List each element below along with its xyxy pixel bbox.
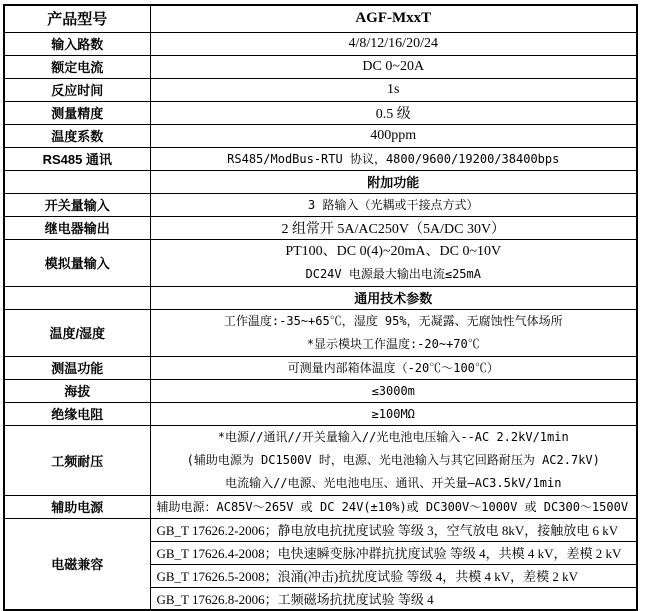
- row-label-empty: [4, 286, 150, 309]
- temp-humidity-line1: 工作温度:-35~+65℃，湿度 95%，无凝露、无腐蚀性气体场所: [153, 310, 635, 333]
- row-label-accuracy: 测量精度: [4, 101, 150, 124]
- table-row: 测量精度 0.5 级: [4, 101, 637, 124]
- row-label-altitude: 海拔: [4, 379, 150, 402]
- relay-output-value: 2 组常开 5A/AC250V（5A/DC 30V）: [150, 216, 637, 239]
- temp-coefficient-value: 400ppm: [150, 124, 637, 147]
- power-frequency-withstand-value: *电源//通讯//开关量输入//光电池电压输入--AC 2.2kV/1min (…: [150, 425, 637, 495]
- table-row: 电磁兼容 GB_T 17626.2-2006；静电放电抗扰度试验 等级 3，空气…: [4, 518, 637, 541]
- input-channels-value: 4/8/12/16/20/24: [150, 32, 637, 55]
- withstand-line1: *电源//通讯//开关量输入//光电池电压输入--AC 2.2kV/1min: [153, 426, 635, 449]
- table-row: 额定电流 DC 0~20A: [4, 55, 637, 78]
- table-row: 温度/湿度 工作温度:-35~+65℃，湿度 95%，无凝露、无腐蚀性气体场所 …: [4, 309, 637, 356]
- emc-item-2: GB_T 17626.4-2008；电快速瞬变脉冲群抗扰度试验 等级 4，共模 …: [150, 541, 637, 564]
- auxiliary-power-value: 辅助电源：AC85V～265V 或 DC 24V(±10%)或 DC300V～1…: [150, 495, 637, 518]
- analog-input-line1: PT100、DC 0(4)~20mA、DC 0~10V: [153, 240, 635, 263]
- row-label-temp-coefficient: 温度系数: [4, 124, 150, 147]
- withstand-line2: (辅助电源为 DC1500V 时，电源、光电池输入与其它回路耐压为 AC2.7k…: [153, 449, 635, 472]
- table-row: 测温功能 可测量内部箱体温度（-20℃～100℃）: [4, 356, 637, 379]
- analog-input-value: PT100、DC 0(4)~20mA、DC 0~10V DC24V 电源最大输出…: [150, 239, 637, 286]
- table-row: 继电器输出 2 组常开 5A/AC250V（5A/DC 30V）: [4, 216, 637, 239]
- row-label-switch-input: 开关量输入: [4, 193, 150, 216]
- temp-measure-value: 可测量内部箱体温度（-20℃～100℃）: [150, 356, 637, 379]
- table-row: RS485 通讯 RS485/ModBus-RTU 协议，4800/9600/1…: [4, 147, 637, 170]
- table-row: 产品型号 AGF-MxxT: [4, 5, 637, 32]
- table-row: 辅助电源 辅助电源：AC85V～265V 或 DC 24V(±10%)或 DC3…: [4, 495, 637, 518]
- row-label-product-model: 产品型号: [4, 5, 150, 32]
- row-label-input-channels: 输入路数: [4, 32, 150, 55]
- row-label-emc: 电磁兼容: [4, 518, 150, 610]
- table-row: 模拟量输入 PT100、DC 0(4)~20mA、DC 0~10V DC24V …: [4, 239, 637, 286]
- row-label-rs485: RS485 通讯: [4, 147, 150, 170]
- emc-item-3: GB_T 17626.5-2008；浪涌(冲击)抗扰度试验 等级 4，共模 4 …: [150, 564, 637, 587]
- rs485-value: RS485/ModBus-RTU 协议，4800/9600/19200/3840…: [150, 147, 637, 170]
- row-label-auxiliary-power: 辅助电源: [4, 495, 150, 518]
- row-label-relay-output: 继电器输出: [4, 216, 150, 239]
- section-header-row: 附加功能: [4, 170, 637, 193]
- altitude-value: ≤3000m: [150, 379, 637, 402]
- row-label-power-frequency-withstand: 工频耐压: [4, 425, 150, 495]
- row-label-insulation-resistance: 绝缘电阻: [4, 402, 150, 425]
- table-row: 反应时间 1s: [4, 78, 637, 101]
- rated-current-value: DC 0~20A: [150, 55, 637, 78]
- table-row: 绝缘电阻 ≥100MΩ: [4, 402, 637, 425]
- table-row: 输入路数 4/8/12/16/20/24: [4, 32, 637, 55]
- insulation-resistance-value: ≥100MΩ: [150, 402, 637, 425]
- row-label-analog-input: 模拟量输入: [4, 239, 150, 286]
- emc-item-4: GB_T 17626.8-2006；工频磁场抗扰度试验 等级 4: [150, 587, 637, 610]
- table-row: 海拔 ≤3000m: [4, 379, 637, 402]
- spec-sheet-page: 产品型号 AGF-MxxT 输入路数 4/8/12/16/20/24 额定电流 …: [0, 0, 645, 611]
- product-spec-table: 产品型号 AGF-MxxT 输入路数 4/8/12/16/20/24 额定电流 …: [3, 4, 638, 611]
- section-general-parameters: 通用技术参数: [150, 286, 637, 309]
- product-model-value: AGF-MxxT: [150, 5, 637, 32]
- temp-humidity-line2: *显示模块工作温度:-20~+70℃: [153, 333, 635, 356]
- row-label-temp-measure: 测温功能: [4, 356, 150, 379]
- withstand-line3: 电流输入//电源、光电池电压、通讯、开关量—AC3.5kV/1min: [153, 472, 635, 495]
- analog-input-line2: DC24V 电源最大输出电流≤25mA: [153, 263, 635, 286]
- row-label-empty: [4, 170, 150, 193]
- emc-item-1: GB_T 17626.2-2006；静电放电抗扰度试验 等级 3，空气放电 8k…: [150, 518, 637, 541]
- table-row: 温度系数 400ppm: [4, 124, 637, 147]
- table-row: 工频耐压 *电源//通讯//开关量输入//光电池电压输入--AC 2.2kV/1…: [4, 425, 637, 495]
- accuracy-value: 0.5 级: [150, 101, 637, 124]
- table-row: 开关量输入 3 路输入（光耦或干接点方式）: [4, 193, 637, 216]
- section-header-row: 通用技术参数: [4, 286, 637, 309]
- temp-humidity-value: 工作温度:-35~+65℃，湿度 95%，无凝露、无腐蚀性气体场所 *显示模块工…: [150, 309, 637, 356]
- row-label-temp-humidity: 温度/湿度: [4, 309, 150, 356]
- row-label-response-time: 反应时间: [4, 78, 150, 101]
- switch-input-value: 3 路输入（光耦或干接点方式）: [150, 193, 637, 216]
- section-additional-functions: 附加功能: [150, 170, 637, 193]
- row-label-rated-current: 额定电流: [4, 55, 150, 78]
- response-time-value: 1s: [150, 78, 637, 101]
